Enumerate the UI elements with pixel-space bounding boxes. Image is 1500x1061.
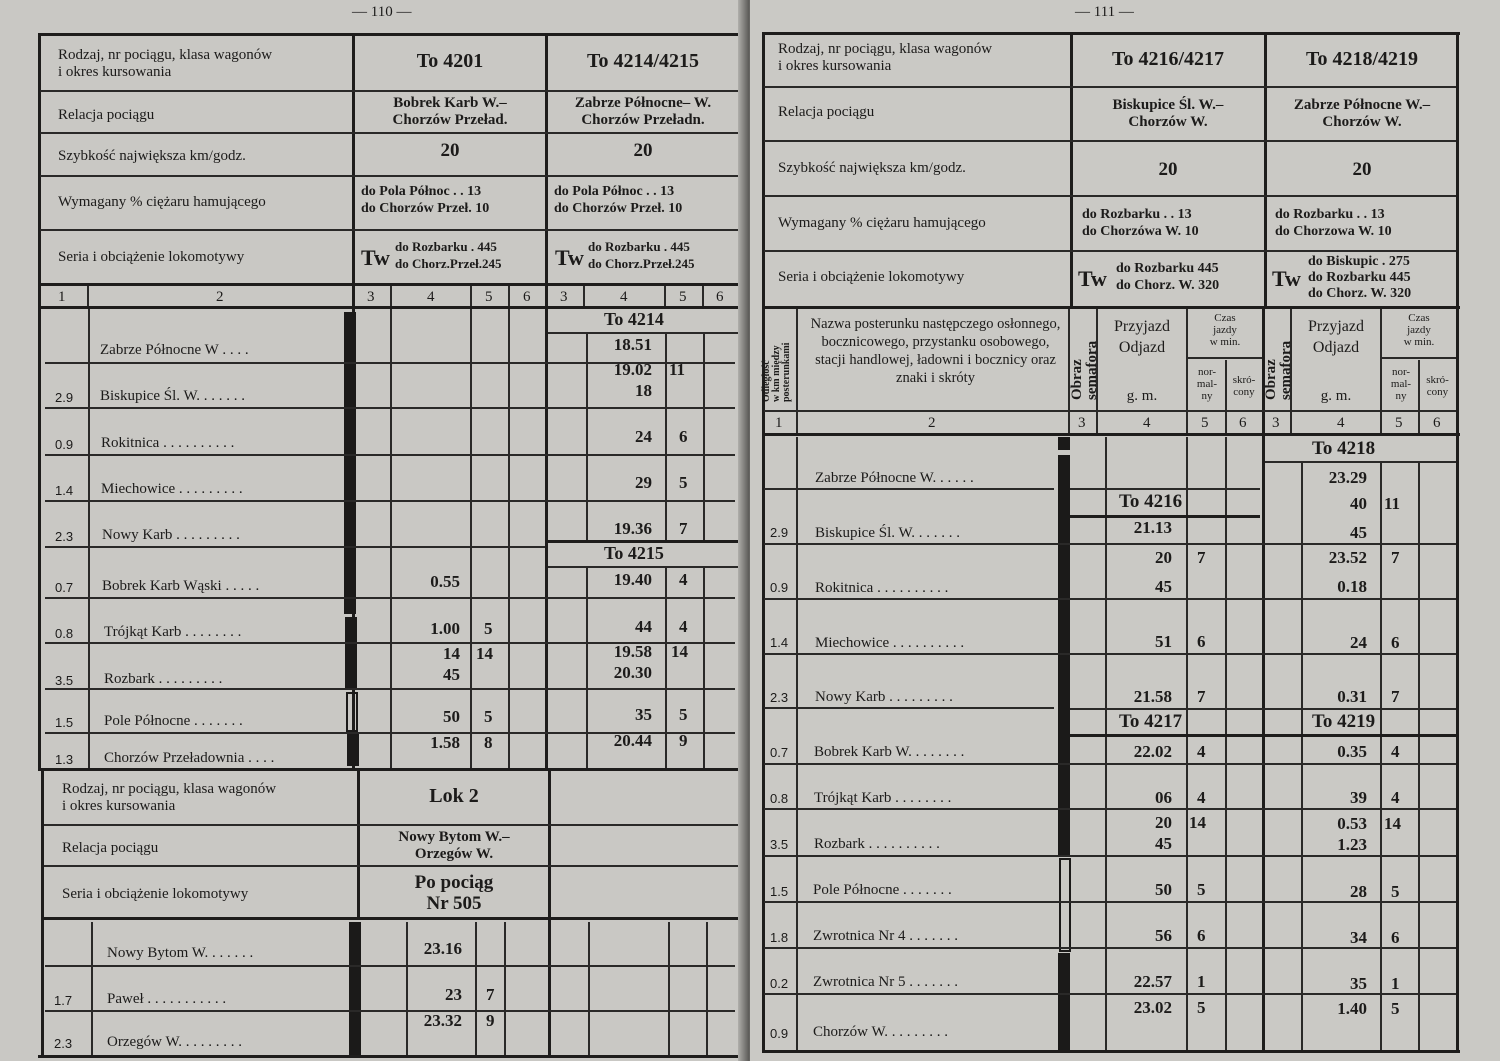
col-header-short: skró- cony <box>1226 374 1262 398</box>
rule <box>40 175 740 177</box>
train-speed-4214-4215: 20 <box>548 140 738 162</box>
station-name: Pole Północne . . . . . . . <box>813 882 952 899</box>
run-time: 4 <box>1197 742 1206 762</box>
rule <box>1380 463 1382 1051</box>
run-time: 4 <box>679 617 688 637</box>
km-value: 1.4 <box>55 483 73 498</box>
time-value: 45 <box>395 665 460 685</box>
rule <box>45 546 545 548</box>
rule <box>45 688 735 690</box>
lok-label-train: Rodzaj, nr pociągu, klasa wagonów i okre… <box>62 781 352 815</box>
loco-series-4214-4215: Tw <box>555 245 584 271</box>
col-num-6: 6 <box>1239 415 1247 432</box>
subtitle-4218: To 4218 <box>1312 438 1375 460</box>
run-time: 4 <box>679 570 688 590</box>
time-value: 21.13 <box>1110 518 1172 538</box>
rule <box>1070 734 1456 737</box>
col-num-6b: 6 <box>716 289 724 306</box>
rule <box>586 334 588 540</box>
col-num-3: 3 <box>1078 415 1086 432</box>
loco-line: do Chorz. W. 320 <box>1308 286 1411 302</box>
semaphore-bar <box>1058 455 1070 855</box>
station-name: Nowy Karb . . . . . . . . . <box>815 689 953 706</box>
station-name: Trójkąt Karb . . . . . . . . <box>104 624 241 641</box>
time-value: 0.53 <box>1305 814 1367 834</box>
train-brake-4201: do Pola Północ . . 13 do Chorzów Przeł. … <box>361 183 543 217</box>
run-time: 14 <box>671 642 688 662</box>
train-title-4214-4215: To 4214/4215 <box>548 50 738 73</box>
rule <box>44 917 740 920</box>
rule <box>390 309 392 768</box>
run-time: 5 <box>1197 998 1206 1018</box>
time-value: 50 <box>1110 880 1172 900</box>
rule <box>706 922 708 1058</box>
time-value: 28 <box>1305 882 1367 902</box>
train-relation-4201: Bobrek Karb W.– Chorzów Przeład. <box>355 95 545 129</box>
rule <box>40 132 740 134</box>
station-name: Nowy Karb . . . . . . . . . <box>102 527 240 544</box>
time-value: 40 <box>1305 494 1367 514</box>
km-value: 0.8 <box>770 791 788 806</box>
rule <box>764 653 1456 655</box>
label-loco: Seria i obciążenie lokomotywy <box>58 249 244 266</box>
station-name: Rozbark . . . . . . . . . . <box>814 836 940 853</box>
run-time: 9 <box>679 731 688 751</box>
rule <box>762 32 1460 35</box>
time-value: 0.31 <box>1305 687 1367 707</box>
time-value: 19.36 <box>590 519 652 539</box>
semaphore-bar <box>349 922 361 1056</box>
rule <box>1070 488 1260 490</box>
rule <box>1225 437 1227 1051</box>
label-train-r: Rodzaj, nr pociągu, klasa wagonów i okre… <box>778 41 1068 75</box>
rule <box>764 250 1456 252</box>
time-value: 22.02 <box>1110 742 1172 762</box>
run-time: 4 <box>1197 788 1206 808</box>
col-header-distance: Odległość w km między posterunkami <box>762 343 792 402</box>
station-name: Pole Północne . . . . . . . <box>104 713 243 730</box>
loco-load-4218-4219: do Biskupic . 275 do Rozbarku 445 do Cho… <box>1308 254 1411 302</box>
time-value: 20.44 <box>590 731 652 751</box>
time-value: 51 <box>1110 632 1172 652</box>
run-time: 6 <box>1391 928 1400 948</box>
km-value: 2.9 <box>55 390 73 405</box>
rule <box>762 433 1460 436</box>
loco-line: do Rozbarku . 445 <box>395 238 502 255</box>
loco-load-4201: do Rozbarku . 445 do Chorz.Przeł.245 <box>395 238 502 272</box>
km-value: 1.4 <box>770 635 788 650</box>
train-title-4218-4219: To 4218/4219 <box>1267 48 1457 71</box>
rule <box>38 768 740 771</box>
label-train: Rodzaj, nr pociągu, klasa wagonów i okre… <box>58 47 348 81</box>
col-header-arr-dep-2: Przyjazd Odjazd <box>1292 316 1380 358</box>
km-value: 0.2 <box>770 976 788 991</box>
col-num-5: 5 <box>1201 415 1209 432</box>
brake-line: do Chorzówa W. 10 <box>1082 223 1199 240</box>
label-speed: Szybkość największa km/godz. <box>58 148 246 165</box>
station-name: Zwrotnica Nr 5 . . . . . . . <box>813 974 958 991</box>
page-number-111: — 111 — <box>1075 4 1134 21</box>
lok-relation: Nowy Bytom W.– Orzegów W. <box>360 829 548 863</box>
col-num-6b: 6 <box>1433 415 1441 432</box>
run-time: 5 <box>484 619 493 639</box>
col-header-arr-dep: Przyjazd Odjazd <box>1098 316 1186 358</box>
time-value: 1.00 <box>395 619 460 639</box>
time-value: 23.29 <box>1305 468 1367 488</box>
page-number-110: — 110 — <box>352 4 411 21</box>
km-value: 0.9 <box>770 1026 788 1041</box>
station-name: Bobrek Karb W. . . . . . . . <box>814 744 964 761</box>
rule <box>38 1055 740 1058</box>
label-brake-r: Wymagany % ciężaru hamującego <box>778 215 986 232</box>
run-time: 11 <box>669 360 685 380</box>
rule <box>40 90 740 92</box>
rule <box>38 283 740 286</box>
run-time: 11 <box>1384 494 1400 514</box>
label-speed-r: Szybkość największa km/godz. <box>778 160 966 177</box>
train-speed-4216-4217: 20 <box>1073 159 1263 181</box>
time-value: 23.52 <box>1305 548 1367 568</box>
rule <box>45 454 735 456</box>
run-time: 8 <box>484 733 493 753</box>
time-value: 20.30 <box>590 663 652 683</box>
time-value: 45 <box>1110 834 1172 854</box>
station-name: Paweł . . . . . . . . . . . <box>107 991 226 1008</box>
rule <box>470 309 472 768</box>
col-header-semaphore-2: Obraz semafora <box>1264 341 1294 400</box>
run-time: 6 <box>1197 926 1206 946</box>
station-name: Zwrotnica Nr 4 . . . . . . . <box>813 928 958 945</box>
rule <box>583 286 585 306</box>
rule <box>1382 357 1456 359</box>
loco-line: do Rozbarku . 445 <box>588 238 695 255</box>
km-value: 2.3 <box>54 1036 72 1051</box>
rule <box>796 309 798 434</box>
rule <box>762 306 1460 309</box>
time-value: 1.23 <box>1305 835 1367 855</box>
time-value: 45 <box>1305 523 1367 543</box>
rule <box>664 286 666 306</box>
time-value: 35 <box>590 705 652 725</box>
time-value: 22.57 <box>1110 972 1172 992</box>
time-value: 20 <box>1110 813 1172 833</box>
rule <box>40 229 740 231</box>
rule <box>588 922 590 1058</box>
rule <box>548 768 551 1058</box>
km-value: 1.5 <box>770 884 788 899</box>
loco-line: do Rozbarku 445 <box>1116 260 1219 277</box>
train-relation-4216-4217: Biskupice Śl. W.– Chorzów W. <box>1073 97 1263 131</box>
rule <box>45 1010 735 1012</box>
rule <box>1456 32 1459 1052</box>
rule <box>38 33 41 768</box>
col-num-3b: 3 <box>560 289 568 306</box>
time-value: 50 <box>395 707 460 727</box>
time-value: 44 <box>590 617 652 637</box>
loco-line: do Chorz.Przeł.245 <box>588 255 695 272</box>
label-relation-r: Relacja pociągu <box>778 104 874 121</box>
rule <box>548 332 738 334</box>
rule <box>764 410 1456 412</box>
rule <box>45 500 735 502</box>
run-time: 7 <box>679 519 688 539</box>
semaphore-bar <box>1058 953 1070 1050</box>
loco-load-4214-4215: do Rozbarku . 445 do Chorz.Przeł.245 <box>588 238 695 272</box>
loco-line: do Rozbarku 445 <box>1308 270 1411 286</box>
rule <box>508 309 510 768</box>
rule <box>470 286 472 306</box>
km-value: 1.3 <box>55 752 73 767</box>
semaphore-bar <box>344 312 356 614</box>
rule <box>390 286 392 306</box>
loco-series-4216-4217: Tw <box>1078 266 1107 292</box>
col-num-2: 2 <box>216 289 224 306</box>
subtitle-4216: To 4216 <box>1119 491 1182 513</box>
run-time: 7 <box>486 985 495 1005</box>
run-time: 7 <box>1197 548 1206 568</box>
col-num-5: 5 <box>485 289 493 306</box>
rule <box>665 334 667 540</box>
subtitle-4214: To 4214 <box>604 309 664 330</box>
run-time: 9 <box>486 1011 495 1031</box>
rule <box>45 407 735 409</box>
rule <box>548 566 738 568</box>
lok-label-loco: Seria i obciążenie lokomotywy <box>62 886 248 903</box>
train-brake-4216-4217: do Rozbarku . . 13 do Chorzówa W. 10 <box>1082 206 1199 240</box>
run-time: 14 <box>476 644 493 664</box>
col-num-5b: 5 <box>679 289 687 306</box>
station-name: Nowy Bytom W. . . . . . . <box>107 945 253 962</box>
rule <box>1418 463 1420 1051</box>
time-value: 56 <box>1110 926 1172 946</box>
run-time: 1 <box>1391 974 1400 994</box>
col-header-gm-2: g. m. <box>1292 388 1380 405</box>
station-name: Zabrze Północne W . . . . <box>100 342 249 359</box>
rule <box>45 597 735 599</box>
rule <box>1186 437 1188 1051</box>
rule <box>45 965 735 967</box>
train-title-4201: To 4201 <box>355 50 545 73</box>
semaphore-bar <box>1058 437 1070 450</box>
run-time: 6 <box>679 427 688 447</box>
rule <box>764 543 1456 545</box>
station-name: Trójkąt Karb . . . . . . . . <box>814 790 951 807</box>
time-value: 39 <box>1305 788 1367 808</box>
time-value: 19.58 <box>590 642 652 662</box>
rule <box>406 922 408 1058</box>
time-value: 18 <box>590 381 652 401</box>
run-time: 1 <box>1197 972 1206 992</box>
semaphore-bar-open <box>1059 858 1071 952</box>
col-num-2: 2 <box>928 415 936 432</box>
km-value: 0.9 <box>770 580 788 595</box>
rule <box>764 488 1054 490</box>
run-time: 7 <box>1391 687 1400 707</box>
time-value: 0.55 <box>395 572 460 592</box>
km-value: 2.3 <box>55 529 73 544</box>
rule <box>764 598 1456 600</box>
time-value: 1.58 <box>395 733 460 753</box>
run-time: 5 <box>1391 882 1400 902</box>
run-time: 5 <box>679 705 688 725</box>
train-speed-4218-4219: 20 <box>1267 159 1457 181</box>
rule <box>38 33 740 36</box>
station-name: Bobrek Karb Wąski . . . . . <box>102 578 259 595</box>
brake-line: do Chorzów Przeł. 10 <box>361 200 543 217</box>
km-value: 1.7 <box>54 993 72 1008</box>
station-name: Rozbark . . . . . . . . . <box>104 671 222 688</box>
loco-load-4216-4217: do Rozbarku 445 do Chorz. W. 320 <box>1116 260 1219 294</box>
train-brake-4218-4219: do Rozbarku . . 13 do Chorzowa W. 10 <box>1275 206 1392 240</box>
run-time: 6 <box>1391 633 1400 653</box>
col-header-normal: nor- mal- ny <box>1188 366 1226 402</box>
rule <box>668 922 670 1058</box>
brake-line: do Rozbarku . . 13 <box>1275 206 1392 223</box>
rule <box>475 922 477 1058</box>
lok-label-relation: Relacja pociągu <box>62 840 158 857</box>
rule <box>87 286 89 306</box>
station-name: Rokitnica . . . . . . . . . . <box>101 435 234 452</box>
run-time: 5 <box>1197 880 1206 900</box>
col-header-name: Nazwa posterunku następczego osłonnego, … <box>808 315 1063 387</box>
loco-series-4218-4219: Tw <box>1272 266 1301 292</box>
col-header-short-2: skró- cony <box>1419 374 1456 398</box>
km-value: 2.3 <box>770 690 788 705</box>
km-value: 2.9 <box>770 525 788 540</box>
time-value: 24 <box>1305 633 1367 653</box>
lok-loco: Po pociąg Nr 505 <box>360 872 548 914</box>
col-num-4b: 4 <box>620 289 628 306</box>
rule <box>504 922 506 1058</box>
km-value: 1.8 <box>770 930 788 945</box>
col-header-run-time: Czas jazdy w min. <box>1188 312 1262 348</box>
run-time: 4 <box>1391 788 1400 808</box>
run-time: 7 <box>1391 548 1400 568</box>
run-time: 14 <box>1189 813 1206 833</box>
time-value: 19.02 <box>590 360 652 380</box>
rule <box>796 437 798 1051</box>
semaphore-bar <box>347 734 359 766</box>
col-num-3: 3 <box>367 289 375 306</box>
km-value: 3.5 <box>55 673 73 688</box>
rule <box>1188 357 1262 359</box>
rule <box>88 309 90 768</box>
col-num-4: 4 <box>1143 415 1151 432</box>
rule <box>1262 309 1265 1052</box>
time-value: 14 <box>395 644 460 664</box>
time-value: 23.32 <box>410 1011 462 1031</box>
time-value: 24 <box>590 427 652 447</box>
rule <box>764 140 1456 142</box>
run-time: 5 <box>1391 999 1400 1019</box>
time-value: 45 <box>1110 577 1172 597</box>
train-speed-4201: 20 <box>355 140 545 162</box>
rule <box>762 1050 1460 1053</box>
km-value: 0.7 <box>55 580 73 595</box>
km-value: 0.9 <box>55 437 73 452</box>
rule <box>703 334 705 540</box>
rule <box>762 32 765 1052</box>
rule <box>44 865 740 867</box>
semaphore-bar <box>345 617 357 689</box>
brake-line: do Rozbarku . . 13 <box>1082 206 1199 223</box>
loco-line: do Biskupic . 275 <box>1308 254 1411 270</box>
brake-line: do Pola Północ . . 13 <box>361 183 543 200</box>
km-value: 0.7 <box>770 745 788 760</box>
left-page: — 110 — Rodzaj, nr pociągu, klasa wagonó… <box>0 0 745 1061</box>
loco-series-4201: Tw <box>361 245 390 271</box>
brake-line: do Chorzowa W. 10 <box>1275 223 1392 240</box>
station-name: Rokitnica . . . . . . . . . . <box>815 580 948 597</box>
time-value: 23 <box>410 985 462 1005</box>
col-num-5b: 5 <box>1395 415 1403 432</box>
km-value: 3.5 <box>770 837 788 852</box>
col-header-run-time-2: Czas jazdy w min. <box>1382 312 1456 348</box>
rule <box>508 286 510 306</box>
time-value: 23.02 <box>1110 998 1172 1018</box>
brake-line: do Chorzów Przeł. 10 <box>554 200 736 217</box>
time-value: 35 <box>1305 974 1367 994</box>
train-relation-4218-4219: Zabrze Północne W.– Chorzów W. <box>1267 97 1457 131</box>
semaphore-bar-open <box>346 692 358 732</box>
col-header-gm: g. m. <box>1098 388 1186 405</box>
time-value: 34 <box>1305 928 1367 948</box>
station-name: Zabrze Północne W. . . . . . <box>815 470 974 487</box>
station-name: Chorzów W. . . . . . . . . <box>813 1024 948 1041</box>
col-num-1: 1 <box>58 289 66 306</box>
loco-line: do Chorz.Przeł.245 <box>395 255 502 272</box>
col-header-normal-2: nor- mal- ny <box>1382 366 1420 402</box>
col-num-1: 1 <box>775 415 783 432</box>
station-name: Chorzów Przeładownia . . . . <box>104 750 274 767</box>
label-brake: Wymagany % ciężaru hamującego <box>58 194 266 211</box>
time-value: 06 <box>1110 788 1172 808</box>
rule <box>1105 437 1107 1051</box>
col-num-6: 6 <box>523 289 531 306</box>
time-value: 21.58 <box>1110 687 1172 707</box>
subtitle-4217: To 4217 <box>1119 711 1182 733</box>
rule <box>764 86 1456 88</box>
train-relation-4214-4215: Zabrze Północne– W. Chorzów Przeładn. <box>548 95 738 129</box>
col-num-3b: 3 <box>1272 415 1280 432</box>
rule <box>1301 463 1303 1051</box>
train-title-4216-4217: To 4216/4217 <box>1073 48 1263 71</box>
run-time: 14 <box>1384 814 1401 834</box>
rule <box>44 824 740 826</box>
time-value: 0.18 <box>1305 577 1367 597</box>
station-name: Biskupice Śl. W. . . . . . . <box>815 525 960 542</box>
label-relation: Relacja pociągu <box>58 107 154 124</box>
run-time: 6 <box>1197 632 1206 652</box>
rule <box>702 286 704 306</box>
km-value: 0.8 <box>55 626 73 641</box>
run-time: 4 <box>1391 742 1400 762</box>
col-num-4b: 4 <box>1337 415 1345 432</box>
run-time: 5 <box>679 473 688 493</box>
time-value: 29 <box>590 473 652 493</box>
station-name: Miechowice . . . . . . . . . <box>101 481 243 498</box>
subtitle-4219: To 4219 <box>1312 711 1375 733</box>
km-value: 1.5 <box>55 715 73 730</box>
run-time: 5 <box>484 707 493 727</box>
time-value: 23.16 <box>410 939 462 959</box>
rule <box>1265 461 1456 463</box>
rule <box>91 922 93 1058</box>
run-time: 7 <box>1197 687 1206 707</box>
rule <box>764 855 1456 857</box>
lok-title: Lok 2 <box>360 785 548 808</box>
subtitle-4215: To 4215 <box>604 543 664 564</box>
